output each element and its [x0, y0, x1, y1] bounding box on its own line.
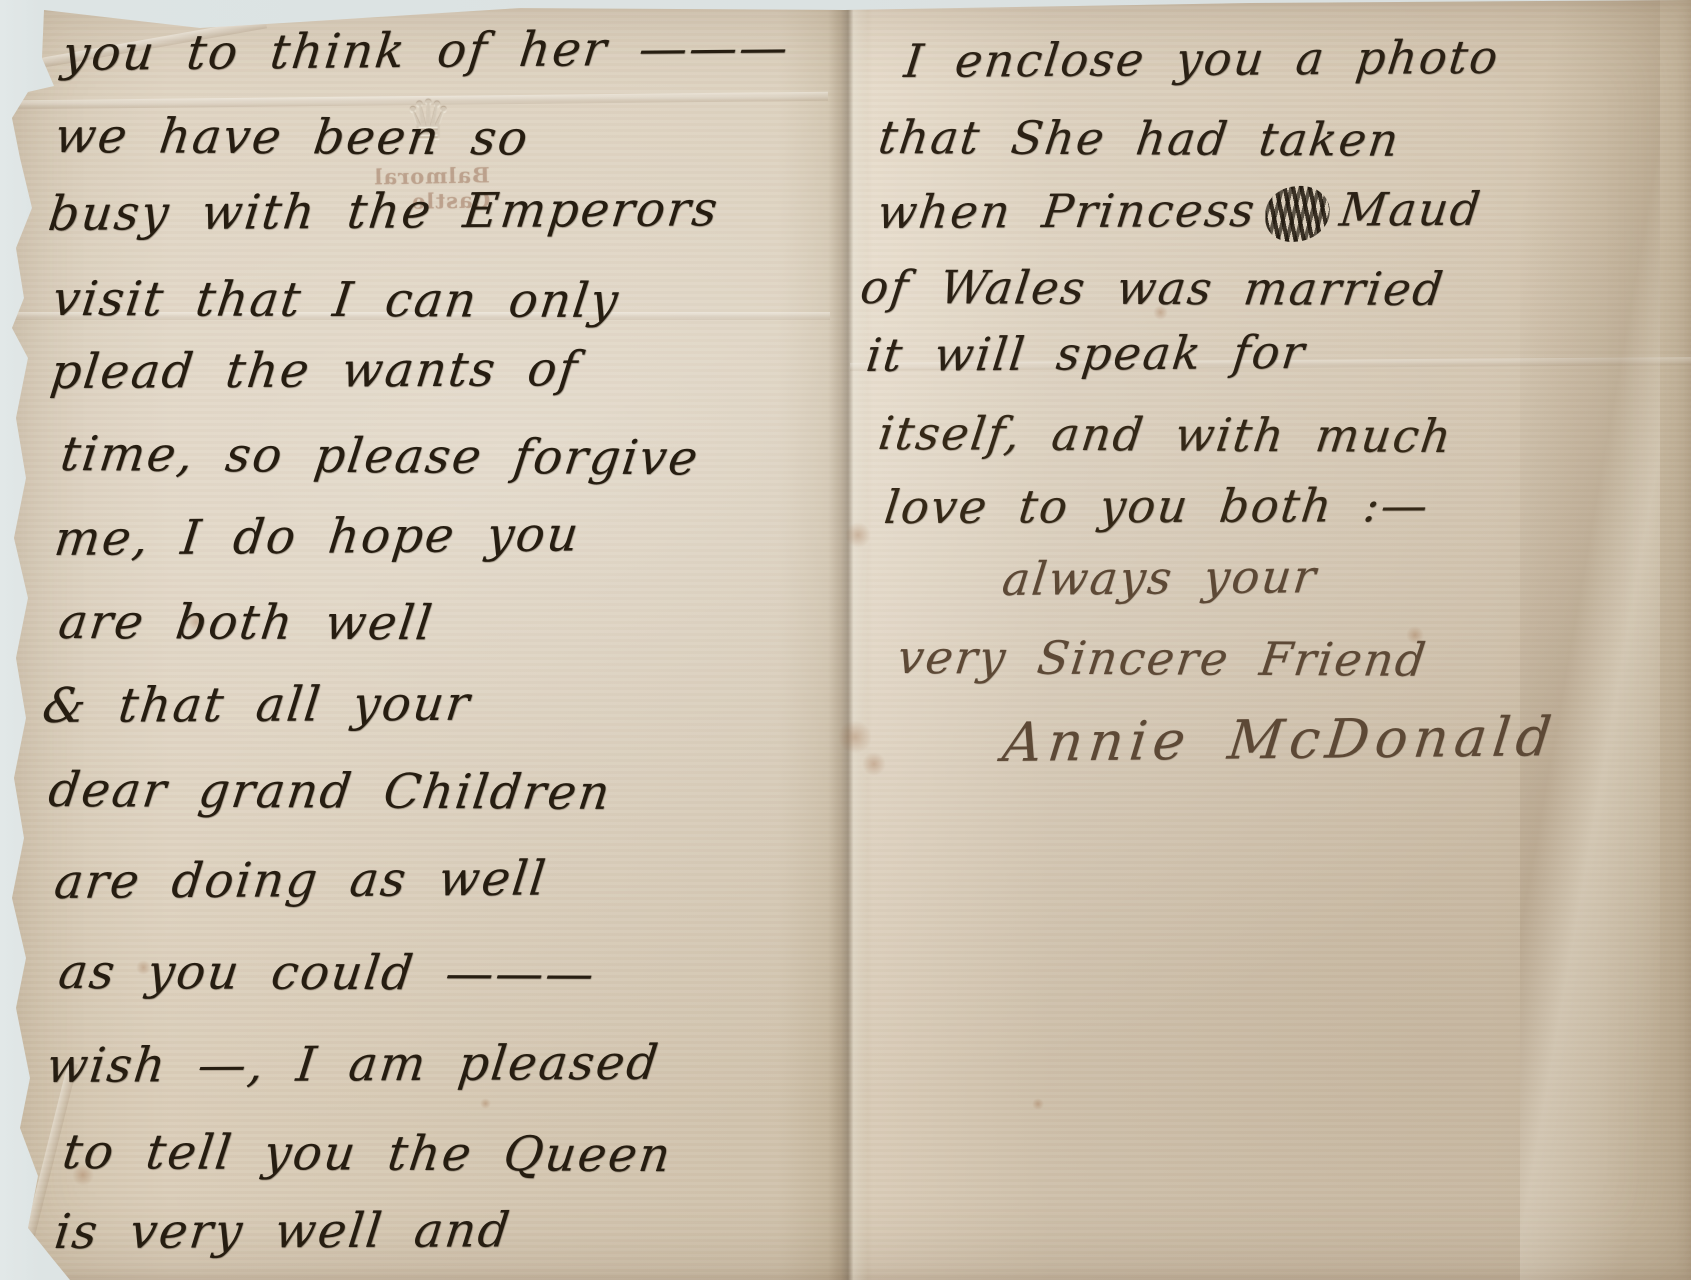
handwritten-line: you to think of her ——— — [60, 24, 792, 78]
handwritten-text: when Princess — [875, 183, 1260, 239]
crease — [1520, 0, 1660, 1280]
foxing-spot — [845, 522, 871, 548]
foxing-spot — [1032, 1098, 1044, 1110]
handwritten-line: very Sincere Friend — [895, 634, 1430, 683]
handwritten-line: dear grand Children — [46, 766, 614, 817]
handwritten-line: as you could ——— — [56, 948, 599, 998]
foxing-spot — [480, 1098, 491, 1109]
handwritten-line: love to you both :— — [882, 482, 1432, 530]
handwritten-text: Maud — [1337, 182, 1485, 237]
handwritten-line: we have been so — [52, 112, 532, 162]
handwritten-line: to tell you the Queen — [60, 1128, 675, 1179]
handwritten-line: when PrincessMaud — [874, 185, 1485, 244]
scribbled-out-word — [1265, 182, 1330, 245]
handwritten-line: is very well and — [52, 1206, 514, 1256]
foxing-spot — [838, 720, 872, 754]
signature: Annie McDonald — [1000, 710, 1560, 770]
foxing-spot — [862, 752, 886, 776]
handwritten-line: me, I do hope you — [52, 510, 583, 563]
handwritten-line: always your — [1000, 553, 1320, 602]
handwritten-line: time, so please forgive — [58, 430, 702, 482]
handwritten-line: itself, and with much — [876, 410, 1455, 459]
handwritten-line: & that all your — [40, 680, 474, 730]
center-fold-crease — [828, 0, 868, 1280]
scanned-letter: ♛ Balmoral Castle you to think of her ——… — [0, 0, 1691, 1280]
handwritten-line: visit that I can only — [50, 275, 622, 325]
handwritten-line: are both well — [56, 598, 436, 647]
handwritten-line: it will speak for — [864, 329, 1309, 378]
handwritten-line: that She had taken — [876, 114, 1403, 163]
handwritten-line: plead the wants of — [48, 345, 581, 396]
handwritten-line: I enclose you a photo — [902, 34, 1502, 84]
handwritten-line: wish —, I am pleased — [44, 1039, 662, 1090]
letter-paper: ♛ Balmoral Castle you to think of her ——… — [0, 0, 1691, 1280]
handwritten-line: are doing as well — [52, 855, 550, 906]
ink-mark — [0, 35, 13, 54]
handwritten-line: of Wales was married — [858, 264, 1447, 312]
handwritten-line: busy with the Emperors — [46, 185, 722, 238]
